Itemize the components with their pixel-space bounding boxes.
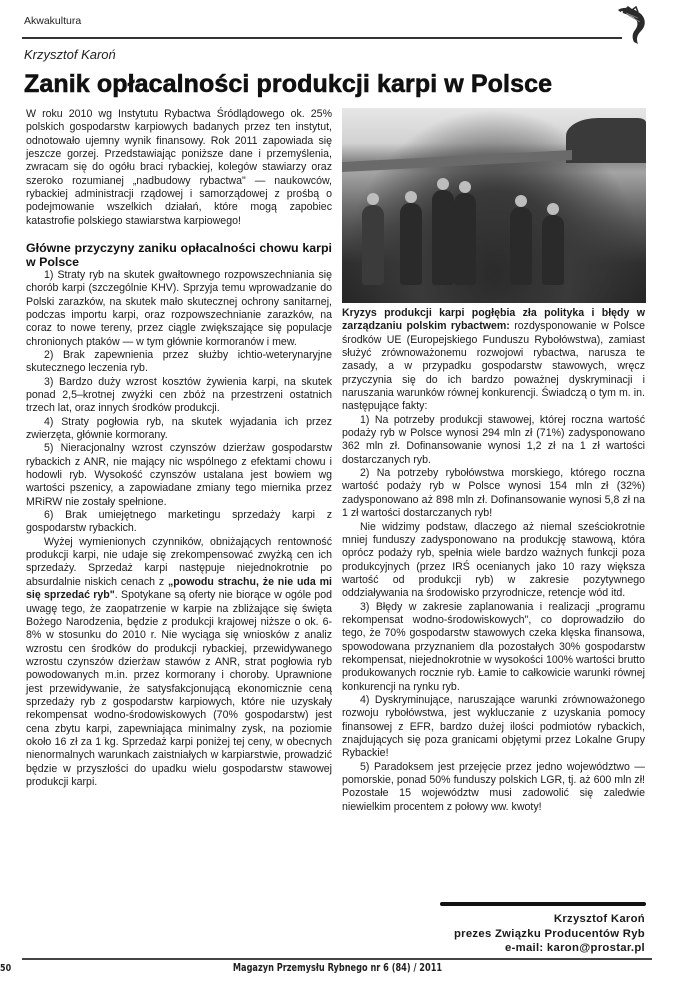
section-label: Akwakultura	[24, 15, 81, 27]
footer-rule	[22, 958, 652, 960]
cause-item: 3) Bardzo duży wzrost kosztów żywienia k…	[26, 376, 332, 416]
photo-person	[542, 215, 564, 285]
left-column: W roku 2010 wg Instytutu Rybactwa Śródlą…	[26, 108, 332, 789]
crisis-lead-text: rozdysponowanie w Polsce środków UE (Eur…	[342, 320, 645, 412]
page-number: 50	[0, 963, 11, 974]
fact-item: 1) Na potrzeby produkcji stawowej, które…	[342, 414, 645, 467]
fact-item: Nie widzimy podstaw, dlaczego aż niemal …	[342, 521, 645, 601]
crisis-lead: Kryzys produkcji karpi pogłębia zła poli…	[342, 307, 645, 414]
fact-item: 3) Błędy w zakresie zaplanowania i reali…	[342, 601, 645, 694]
cause-item: 1) Straty ryb na skutek gwałtownego rozp…	[26, 269, 332, 349]
conclusion-paragraph: Wyżej wymienionych czynników, obniżający…	[26, 536, 332, 790]
photo-person	[454, 193, 476, 285]
photo-person	[400, 203, 422, 285]
conclusion-text-cont: . Spotykane są oferty nie biorące w ogól…	[26, 589, 332, 788]
cause-item: 5) Nieracjonalny wzrost czynszów dzierża…	[26, 442, 332, 509]
photo-person	[362, 205, 384, 285]
photo-shore	[342, 150, 572, 172]
photo-person	[510, 207, 532, 285]
fact-item: 2) Na potrzeby rybołówstwa morskiego, kt…	[342, 467, 645, 520]
right-column: Kryzys produkcji karpi pogłębia zła poli…	[342, 307, 645, 814]
signature-divider	[440, 902, 646, 906]
fact-item: 4) Dyskryminujące, naruszające warunki z…	[342, 694, 645, 761]
signature-block: Krzysztof Karoń prezes Związku Producent…	[454, 912, 645, 956]
causes-heading: Główne przyczyny zaniku opłacalności cho…	[26, 242, 332, 269]
header-rule	[22, 37, 622, 39]
signature-name: Krzysztof Karoń	[454, 912, 645, 927]
article-title: Zanik opłacalności produkcji karpi w Pol…	[24, 70, 552, 99]
intro-paragraph: W roku 2010 wg Instytutu Rybactwa Śródlą…	[26, 108, 332, 228]
signature-email[interactable]: e-mail: karon@prostar.pl	[454, 941, 645, 956]
publication-footer: Magazyn Przemysłu Rybnego nr 6 (84) / 20…	[74, 962, 601, 974]
cause-item: 6) Brak umiejętnego marketingu sprzedaży…	[26, 509, 332, 536]
author-byline: Krzysztof Karoń	[24, 47, 116, 62]
article-photo	[342, 108, 646, 303]
signature-role: prezes Związku Producentów Ryb	[454, 927, 645, 942]
cause-item: 2) Brak zapewnienia przez służby ichtio-…	[26, 349, 332, 376]
cause-item: 4) Straty pogłowia ryb, na skutek wyjada…	[26, 416, 332, 443]
fish-icon	[614, 4, 650, 46]
fact-item: 5) Paradoksem jest przejęcie przez jedno…	[342, 761, 645, 814]
photo-trees	[566, 118, 646, 163]
photo-person	[432, 190, 454, 285]
